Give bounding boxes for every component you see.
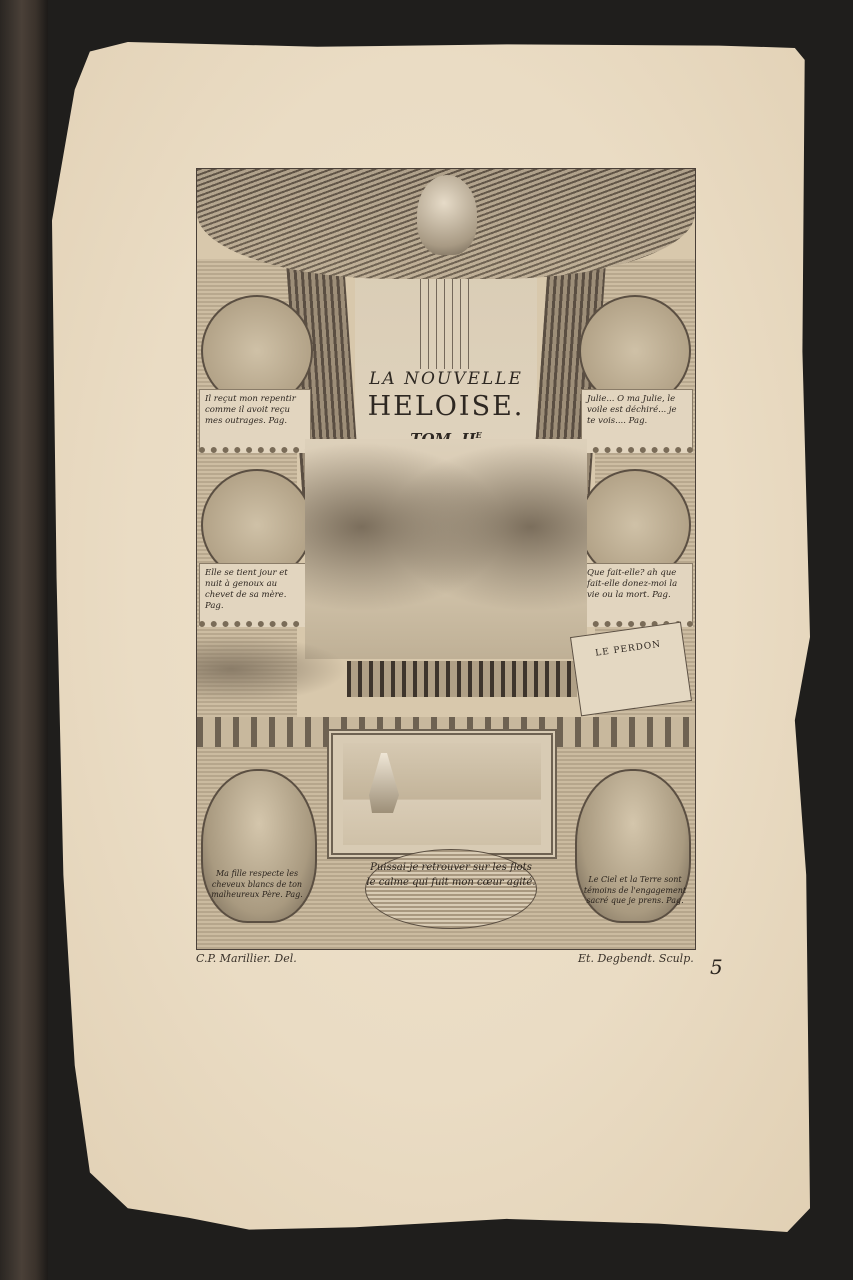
musical-instruments — [197, 629, 367, 709]
seascape-frame — [327, 729, 557, 859]
center-oval-plaque: Puissai-je retrouver sur les flots le ca… — [365, 849, 537, 929]
title-line-2: HELOISE. — [317, 391, 575, 422]
book-binding-edge — [0, 0, 48, 1280]
sailing-ship — [369, 753, 399, 813]
engraver-credit: Et. Degbendt. Sculp. — [578, 952, 694, 965]
vignette-bottom-right-caption: Le Ciel et la Terre sont témoins de l'en… — [583, 875, 687, 907]
vignette-bottom-left-caption: Ma fille respecte les cheveux blancs de … — [205, 869, 309, 901]
open-book: LE PERDON — [570, 622, 692, 717]
audience-row — [347, 661, 577, 697]
title-line-1: LA NOUVELLE — [317, 369, 575, 389]
garden-dance-scene — [305, 439, 587, 659]
title-block: LA NOUVELLE HELOISE. TOM. IIE — [317, 369, 575, 448]
designer-credit: C.P. Marillier. Del. — [196, 952, 297, 965]
vignette-top-left-caption: Il reçut mon repentir comme il avoit reç… — [199, 389, 311, 453]
seascape-picture — [343, 743, 541, 845]
vignette-middle-left-caption: Elle se tient jour et nuit à genoux au c… — [199, 563, 311, 627]
vignette-top-right-caption: Julie... O ma Julie, le voile est déchir… — [581, 389, 693, 453]
page-number: 5 — [710, 955, 723, 979]
engraved-plate: LA NOUVELLE HELOISE. TOM. IIE Il reçut m… — [196, 168, 696, 950]
falling-arrows — [413, 279, 473, 369]
vignette-middle-right-caption: Que fait-elle? ah que fait-elle donez-mo… — [581, 563, 693, 627]
cherub-figure — [417, 175, 477, 255]
